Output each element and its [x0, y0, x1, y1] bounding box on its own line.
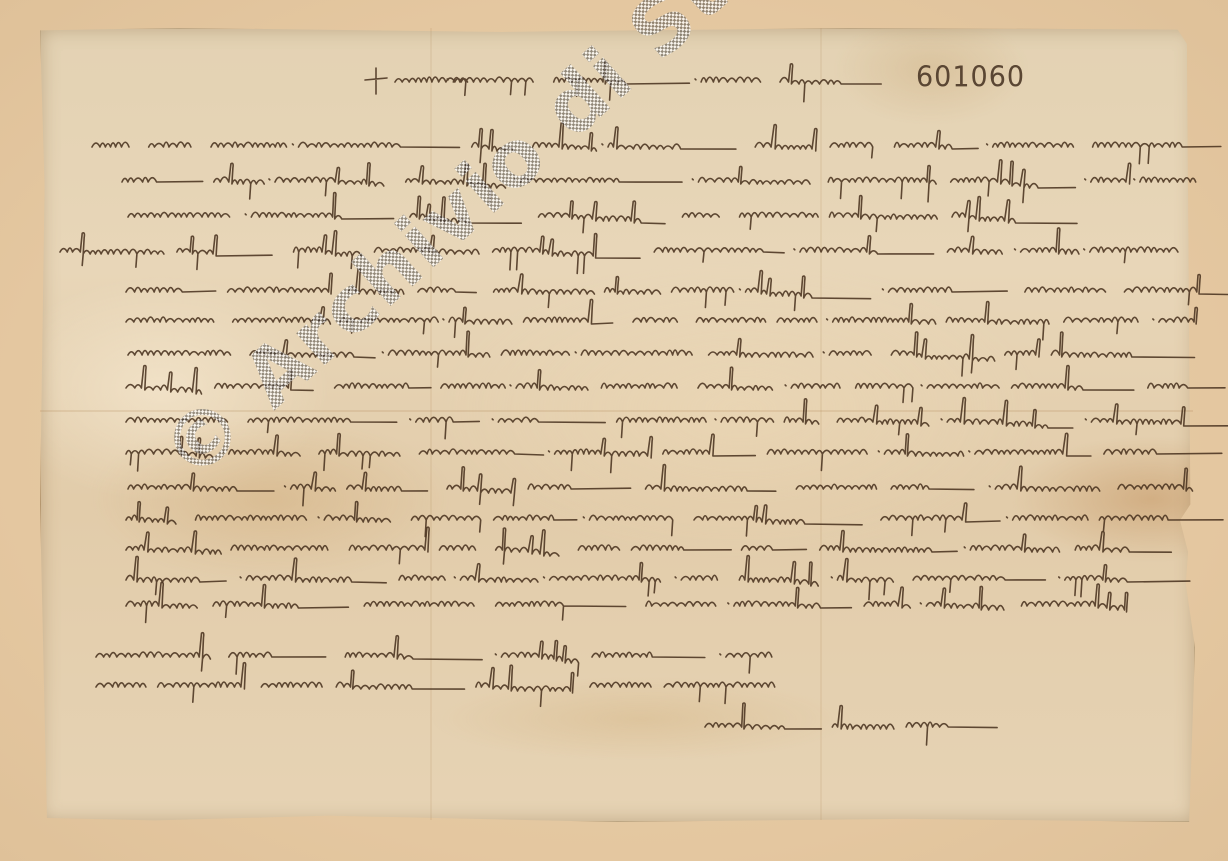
text-line — [96, 635, 770, 669]
text-line — [128, 195, 1008, 229]
text-line — [126, 528, 1190, 562]
text-line — [60, 230, 1180, 264]
signature-line — [705, 705, 1020, 739]
text-line — [128, 467, 1192, 501]
text-line — [126, 432, 1190, 466]
archive-number: 601060 — [916, 61, 1025, 94]
text-line — [96, 665, 778, 699]
text-line — [126, 498, 1186, 532]
text-line — [126, 270, 1192, 304]
text-line — [122, 160, 1194, 194]
text-line — [92, 125, 1192, 159]
text-line — [126, 584, 1126, 618]
